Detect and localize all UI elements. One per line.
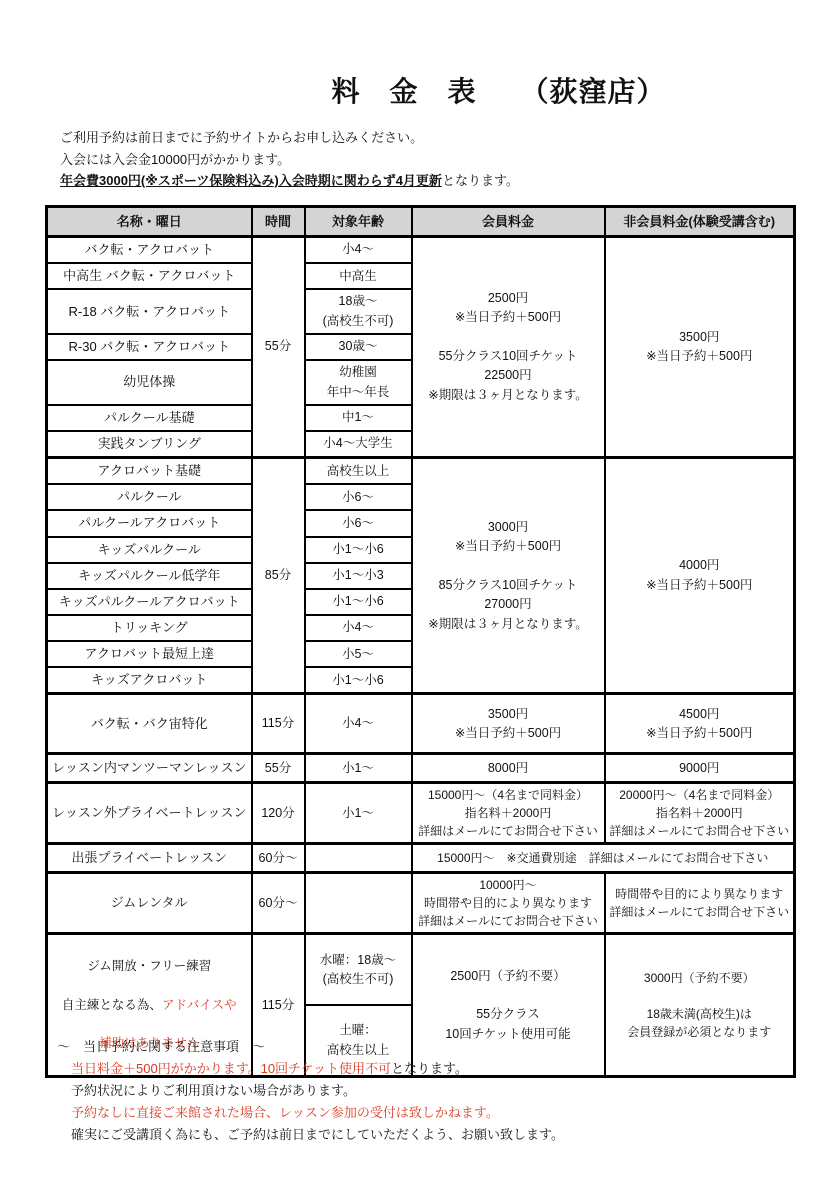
class-name-cell: トリッキング: [47, 615, 252, 641]
intro-text: ご利用予約は前日までに予約サイトからお申し込みください。 入会には入会金1000…: [60, 127, 519, 192]
gym-open-note-line: 自主練となる為、アドバイスや: [51, 996, 248, 1015]
merged-price-cell: 15000円～ ※交通費別途 詳細はメールにてお問合せ下さい: [412, 844, 795, 873]
pricing-table: 名称・曜日 時間 対象年齢 会員料金 非会員料金(体験受講含む) バク転・アクロ…: [45, 205, 796, 1078]
duration-cell: 55分: [252, 754, 305, 783]
note-line-1-red: 当日料金＋500円がかかります。10回チケット使用不可: [71, 1061, 391, 1076]
table-row: ジム開放・フリー練習 自主練となる為、アドバイスや 補助はありません 115分 …: [47, 934, 795, 1005]
target-age-cell: 小1～: [305, 783, 412, 844]
target-age-cell: 小4～: [305, 615, 412, 641]
class-name-cell: R-30 バク転・アクロバット: [47, 334, 252, 360]
member-price-cell: 15000円～（4名まで同料金） 指名料＋2000円 詳細はメールにてお問合せ下…: [412, 783, 605, 844]
class-name-cell: アクロバット最短上達: [47, 641, 252, 667]
class-name-cell: キッズパルクール: [47, 537, 252, 563]
gym-open-note-black: 自主練となる為、: [62, 998, 162, 1012]
duration-cell: 85分: [252, 458, 305, 694]
target-age-cell: 小1～小6: [305, 589, 412, 615]
target-age-cell: 小1～小6: [305, 667, 412, 694]
nonmember-price-cell: 9000円: [605, 754, 795, 783]
header-name-day: 名称・曜日: [47, 207, 252, 237]
target-age-cell: 幼稚園 年中～年長: [305, 360, 412, 405]
target-age-cell: 小5～: [305, 641, 412, 667]
duration-cell: 120分: [252, 783, 305, 844]
intro-line-3-emphasis: 年会費3000円(※スポーツ保険料込み)入会時期に関わらず4月更新: [60, 173, 442, 188]
target-age-cell: 高校生以上: [305, 458, 412, 485]
class-name-cell: パルクール: [47, 484, 252, 510]
class-name-cell: 中高生 バク転・アクロバット: [47, 263, 252, 289]
class-name-cell: 出張プライベートレッスン: [47, 844, 252, 873]
gym-open-title: ジム開放・フリー練習: [51, 957, 248, 976]
header-member-price: 会員料金: [412, 207, 605, 237]
member-price-cell: 8000円: [412, 754, 605, 783]
note-line-2: 予約状況によりご利用頂けない場合があります。: [57, 1080, 564, 1102]
member-price-cell: 3000円 ※当日予約＋500円 85分クラス10回チケット 27000円 ※期…: [412, 458, 605, 694]
table-row: ジムレンタル 60分～ 10000円～ 時間帯や目的により異なります 詳細はメー…: [47, 873, 795, 934]
class-name-cell: パルクール基礎: [47, 405, 252, 431]
table-row: アクロバット基礎 85分 高校生以上 3000円 ※当日予約＋500円 85分ク…: [47, 458, 795, 485]
class-name-cell: バク転・バク宙特化: [47, 694, 252, 754]
class-name-cell: レッスン外プライベートレッスン: [47, 783, 252, 844]
notes-heading: ～ 当日予約に関する注意事項 ～: [57, 1036, 564, 1058]
target-age-cell: 18歳～ (高校生不可): [305, 289, 412, 334]
note-line-3: 予約なしに直接ご来館された場合、レッスン参加の受付は致しかねます。: [57, 1102, 564, 1124]
member-price-cell: 2500円 ※当日予約＋500円 55分クラス10回チケット 22500円 ※期…: [412, 237, 605, 458]
class-name-cell: バク転・アクロバット: [47, 237, 252, 264]
target-age-cell-wednesday: 水曜：18歳～ (高校生不可): [305, 934, 412, 1005]
table-header-row: 名称・曜日 時間 対象年齢 会員料金 非会員料金(体験受講含む): [47, 207, 795, 237]
table-row: バク転・バク宙特化 115分 小4～ 3500円 ※当日予約＋500円 4500…: [47, 694, 795, 754]
nonmember-price-cell: 3500円 ※当日予約＋500円: [605, 237, 795, 458]
class-name-cell: 幼児体操: [47, 360, 252, 405]
header-nonmember-price: 非会員料金(体験受講含む): [605, 207, 795, 237]
nonmember-price-cell: 4000円 ※当日予約＋500円: [605, 458, 795, 694]
intro-line-1: ご利用予約は前日までに予約サイトからお申し込みください。: [60, 127, 519, 149]
class-name-cell: キッズパルクール低学年: [47, 563, 252, 589]
target-age-cell: 小1～小3: [305, 563, 412, 589]
table-row: レッスン外プライベートレッスン 120分 小1～ 15000円～（4名まで同料金…: [47, 783, 795, 844]
class-name-cell: ジムレンタル: [47, 873, 252, 934]
nonmember-price-cell: 時間帯や目的により異なります 詳細はメールにてお問合せ下さい: [605, 873, 795, 934]
nonmember-price-cell: 20000円～（4名まで同料金） 指名料＋2000円 詳細はメールにてお問合せ下…: [605, 783, 795, 844]
nonmember-price-cell: 4500円 ※当日予約＋500円: [605, 694, 795, 754]
target-age-cell: 小4～: [305, 694, 412, 754]
header-target-age: 対象年齢: [305, 207, 412, 237]
class-name-cell: レッスン内マンツーマンレッスン: [47, 754, 252, 783]
table-row: 出張プライベートレッスン 60分～ 15000円～ ※交通費別途 詳細はメールに…: [47, 844, 795, 873]
class-name-cell: R-18 バク転・アクロバット: [47, 289, 252, 334]
target-age-cell: 小6～: [305, 510, 412, 536]
class-name-cell: キッズアクロバット: [47, 667, 252, 694]
member-price-cell: 10000円～ 時間帯や目的により異なります 詳細はメールにてお問合せ下さい: [412, 873, 605, 934]
page-title: 料 金 表 （荻窪店）: [0, 70, 837, 110]
duration-cell: 60分～: [252, 844, 305, 873]
nonmember-price-cell: 3000円（予約不要） 18歳未満(高校生)は 会員登録が必須となります: [605, 934, 795, 1077]
duration-cell: 115分: [252, 694, 305, 754]
duration-cell: 60分～: [252, 873, 305, 934]
target-age-cell: 小4～: [305, 237, 412, 264]
target-age-cell: 小1～: [305, 754, 412, 783]
header-duration: 時間: [252, 207, 305, 237]
class-name-cell: 実践タンブリング: [47, 431, 252, 458]
target-age-cell: 中高生: [305, 263, 412, 289]
gym-open-note-red: アドバイスや: [162, 998, 237, 1012]
intro-line-3: 年会費3000円(※スポーツ保険料込み)入会時期に関わらず4月更新となります。: [60, 170, 519, 192]
target-age-cell: 小1～小6: [305, 537, 412, 563]
intro-line-3-rest: となります。: [442, 173, 519, 188]
class-name-cell: アクロバット基礎: [47, 458, 252, 485]
target-age-cell: 30歳～: [305, 334, 412, 360]
duration-cell: 55分: [252, 237, 305, 458]
note-line-1: 当日料金＋500円がかかります。10回チケット使用不可となります。: [57, 1058, 564, 1080]
same-day-reservation-notes: ～ 当日予約に関する注意事項 ～ 当日料金＋500円がかかります。10回チケット…: [57, 1036, 564, 1146]
target-age-cell: 小4～大学生: [305, 431, 412, 458]
note-line-1-black: となります。: [391, 1061, 468, 1076]
target-age-cell: [305, 844, 412, 873]
class-name-cell: パルクールアクロバット: [47, 510, 252, 536]
class-name-cell: キッズパルクールアクロバット: [47, 589, 252, 615]
target-age-cell: 小6～: [305, 484, 412, 510]
target-age-cell: [305, 873, 412, 934]
table-row: レッスン内マンツーマンレッスン 55分 小1～ 8000円 9000円: [47, 754, 795, 783]
target-age-cell: 中1～: [305, 405, 412, 431]
table-row: バク転・アクロバット 55分 小4～ 2500円 ※当日予約＋500円 55分ク…: [47, 237, 795, 264]
intro-line-2: 入会には入会金10000円がかかります。: [60, 149, 519, 171]
member-price-cell: 3500円 ※当日予約＋500円: [412, 694, 605, 754]
note-line-4: 確実にご受講頂く為にも、ご予約は前日までにしていただくよう、お願い致します。: [57, 1124, 564, 1146]
